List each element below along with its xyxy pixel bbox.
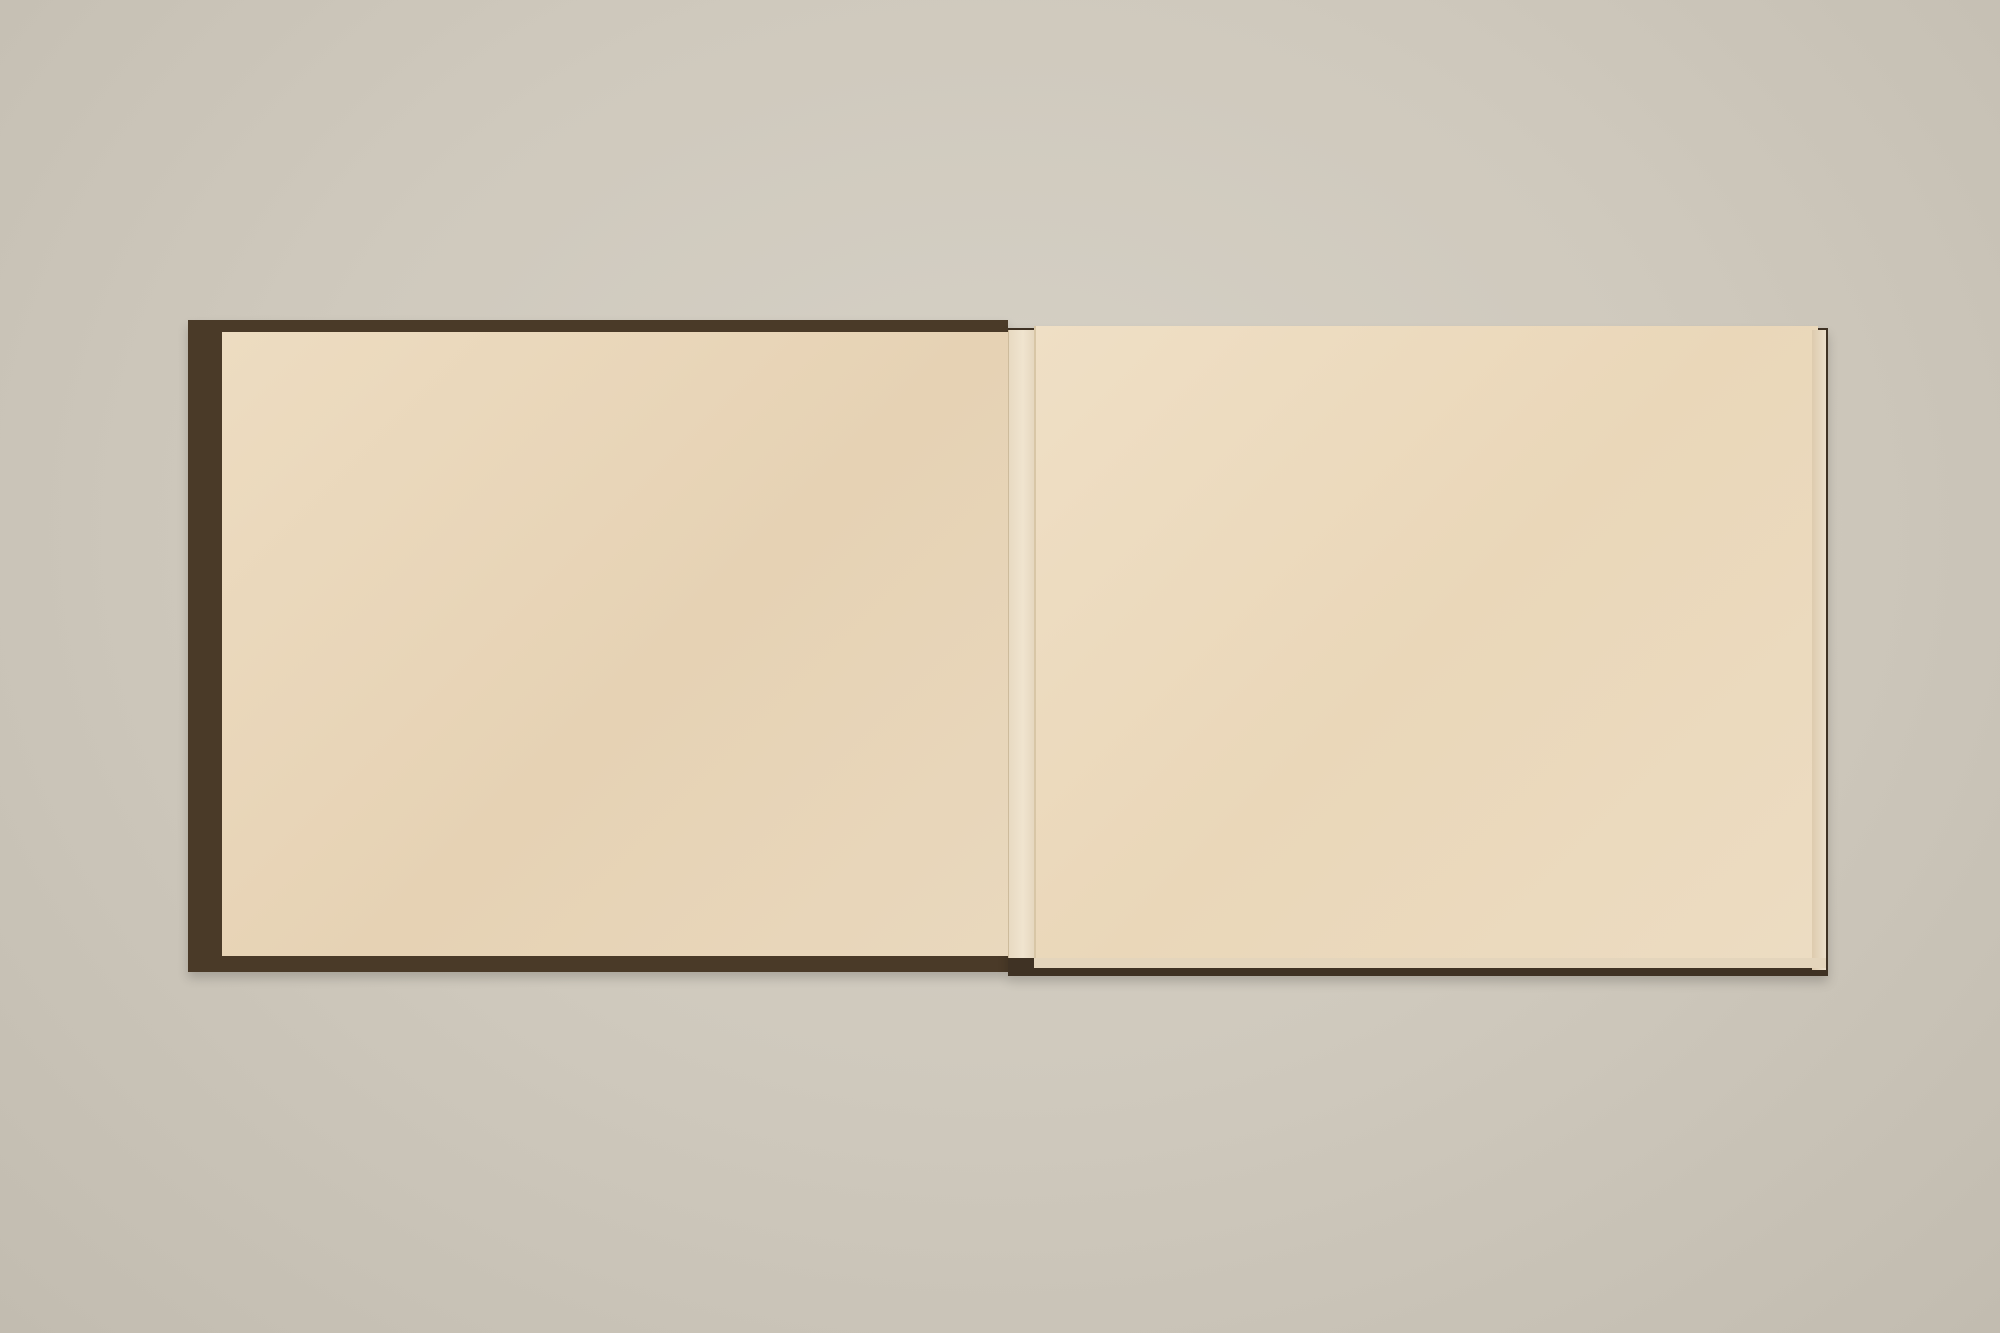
open-book bbox=[0, 0, 2000, 1333]
page-edge-right bbox=[1812, 330, 1826, 970]
right-page bbox=[1034, 326, 1818, 964]
binding-stub bbox=[1008, 330, 1037, 958]
page-edge-bottom bbox=[1034, 958, 1826, 968]
left-page bbox=[222, 332, 1008, 956]
